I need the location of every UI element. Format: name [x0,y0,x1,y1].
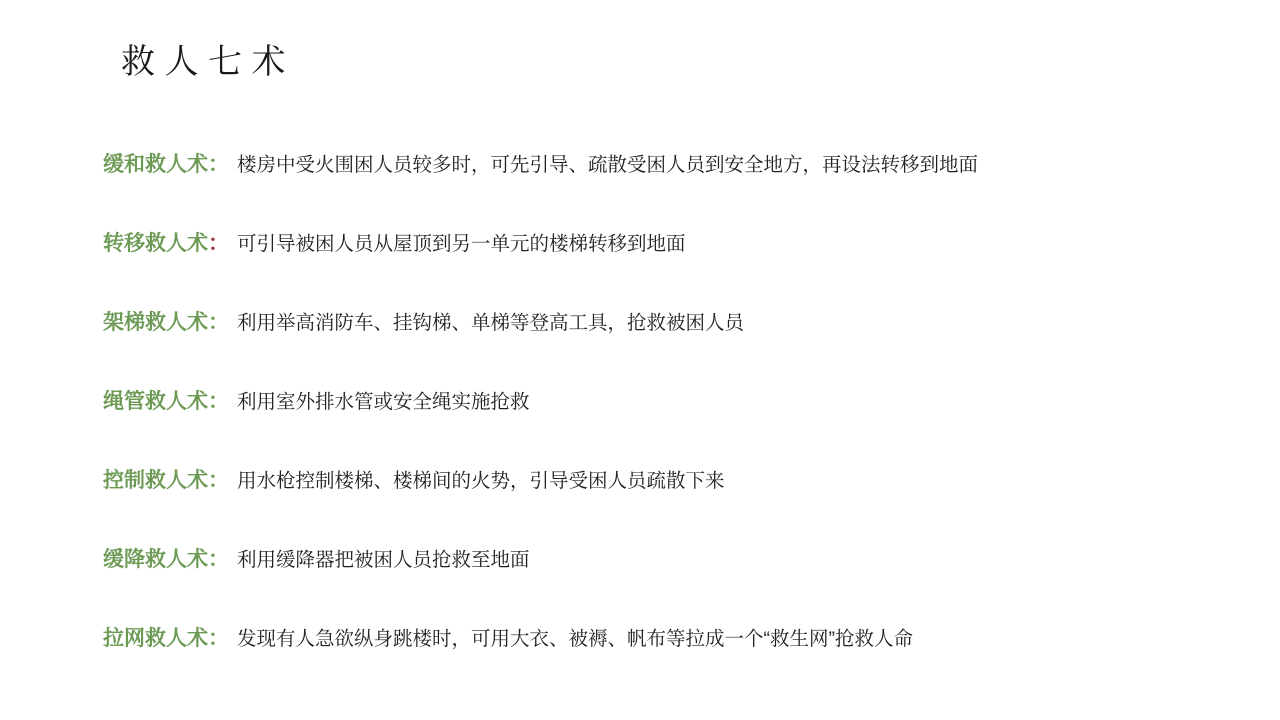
rescue-item: 转移救人术：可引导被困人员从屋顶到另一单元的楼梯转移到地面 [103,229,1250,260]
rescue-item: 控制救人术：用水枪控制楼梯、楼梯间的火势，引导受困人员疏散下来 [103,466,1250,497]
page-title: 救人七术 [121,42,295,83]
rescue-item: 架梯救人术：利用举高消防车、挂钩梯、单梯等登高工具，抢救被困人员 [103,308,1250,339]
rescue-item-colon: ： [208,627,229,650]
rescue-item-colon: ： [208,232,229,255]
rescue-item-description: 利用室外排水管或安全绳实施抢救 [237,391,530,413]
rescue-item: 缓和救人术：楼房中受火围困人员较多时，可先引导、疏散受困人员到安全地方，再设法转… [103,150,1250,181]
rescue-item-label: 拉网救人术 [103,627,208,650]
rescue-item-description: 利用举高消防车、挂钩梯、单梯等登高工具，抢救被困人员 [237,312,744,334]
rescue-item-description: 楼房中受火围困人员较多时，可先引导、疏散受困人员到安全地方，再设法转移到地面 [237,154,978,176]
rescue-item-label: 缓和救人术 [103,153,208,176]
rescue-item-colon: ： [208,390,229,413]
rescue-item-colon: ： [208,153,229,176]
rescue-item-label: 缓降救人术 [103,548,208,571]
rescue-item-label: 绳管救人术 [103,390,208,413]
rescue-item-colon: ： [208,469,229,492]
rescue-item-description: 用水枪控制楼梯、楼梯间的火势，引导受困人员疏散下来 [237,470,725,492]
slide-canvas: 救人七术 缓和救人术：楼房中受火围困人员较多时，可先引导、疏散受困人员到安全地方… [0,0,1280,720]
rescue-item-description: 可引导被困人员从屋顶到另一单元的楼梯转移到地面 [237,233,686,255]
rescue-item-description: 利用缓降器把被困人员抢救至地面 [237,549,530,571]
rescue-item: 绳管救人术：利用室外排水管或安全绳实施抢救 [103,387,1250,418]
rescue-item-label: 转移救人术 [103,232,208,255]
rescue-item-colon: ： [208,548,229,571]
rescue-item-label: 控制救人术 [103,469,208,492]
rescue-item-colon: ： [208,311,229,334]
rescue-item-description: 发现有人急欲纵身跳楼时，可用大衣、被褥、帆布等拉成一个“救生网”抢救人命 [237,628,913,650]
rescue-item: 拉网救人术：发现有人急欲纵身跳楼时，可用大衣、被褥、帆布等拉成一个“救生网”抢救… [103,624,1250,655]
rescue-items-list: 缓和救人术：楼房中受火围困人员较多时，可先引导、疏散受困人员到安全地方，再设法转… [103,150,1250,703]
rescue-item-label: 架梯救人术 [103,311,208,334]
rescue-item: 缓降救人术：利用缓降器把被困人员抢救至地面 [103,545,1250,576]
